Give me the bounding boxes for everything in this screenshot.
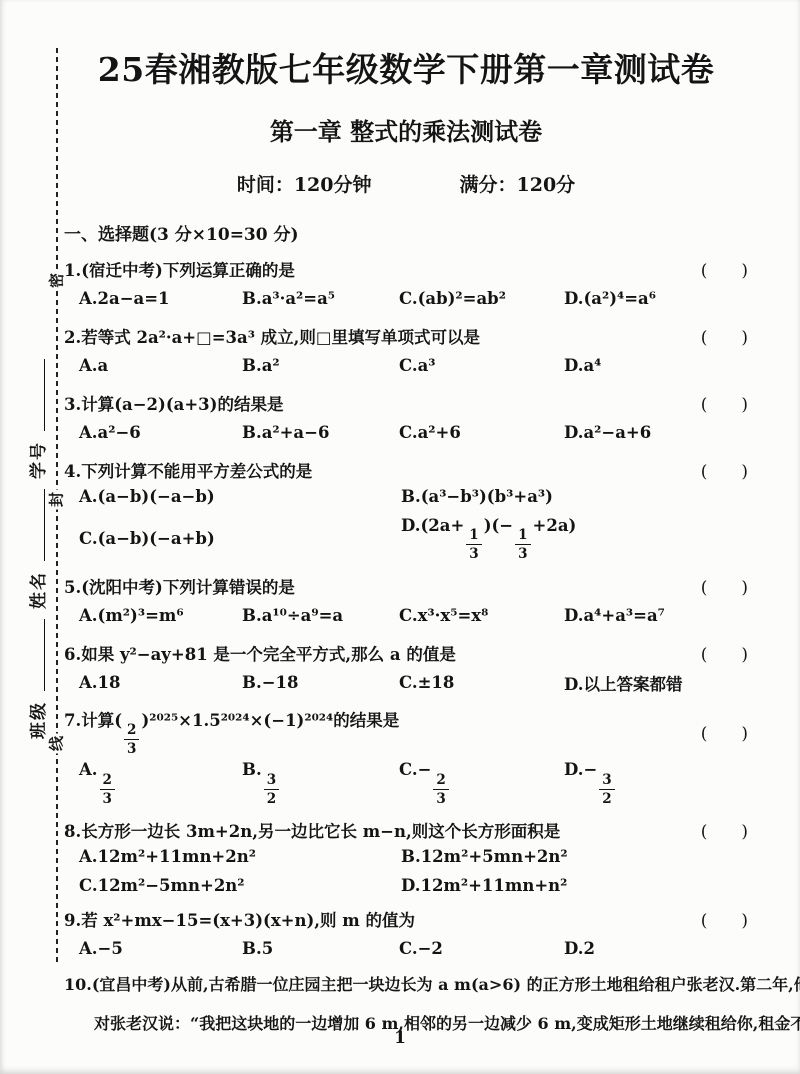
answer-brackets: ( ) [701, 256, 748, 281]
option-d: D.(2a+13)(−13+2a) [401, 516, 748, 562]
option-b: B.(a³−b³)(b³+a³) [401, 487, 748, 506]
option-d: D.a⁴+a³=a⁷ [564, 606, 748, 625]
class-blank-line [28, 619, 45, 691]
option-a: A.a [79, 356, 242, 375]
option-d: D.12m²+11mn+n² [401, 876, 748, 895]
option-a: A.a²−6 [79, 423, 242, 442]
question-stem: 8.长方形一边长 3m+2n,另一边比它长 m−n,则这个长方形面积是 [64, 818, 570, 842]
answer-brackets: ( ) [701, 719, 748, 744]
answer-brackets: ( ) [701, 906, 748, 931]
options-grid: A.12m²+11mn+2n² B.12m²+5mn+2n² C.12m²−5m… [64, 847, 748, 895]
page-subtitle: 第一章 整式的乘法测试卷 [64, 112, 748, 147]
option-d: D.a²−a+6 [564, 423, 748, 442]
question-7: 7.计算(23)²⁰²⁵×1.5²⁰²⁴×(−1)²⁰²⁴的结果是 ( ) A.… [64, 707, 748, 806]
option-b: B.−18 [242, 673, 399, 692]
question-8: 8.长方形一边长 3m+2n,另一边比它长 m−n,则这个长方形面积是 ( ) … [64, 817, 748, 895]
question-stem: 6.如果 y²−ay+81 是一个完全平方式,那么 a 的值是 [64, 641, 466, 665]
option-c: C.a²+6 [399, 423, 564, 442]
answer-brackets: ( ) [701, 390, 748, 415]
option-b: B.a¹⁰÷a⁹=a [242, 606, 399, 625]
question-stem: 4.下列计算不能用平方差公式的是 [64, 458, 322, 482]
student-id-field-label: 学号 [24, 441, 49, 479]
options-row: A.18 B.−18 C.±18 D.以上答案都错 [64, 670, 748, 696]
answer-brackets: ( ) [701, 640, 748, 665]
option-b: B.a² [242, 356, 399, 375]
page-title: 25春湘教版七年级数学下册第一章测试卷 [64, 52, 748, 89]
options-row: A.(m²)³=m⁶ B.a¹⁰÷a⁹=a C.x³·x⁵=x⁸ D.a⁴+a³… [64, 603, 748, 629]
option-d: D.−32 [564, 760, 748, 806]
question-4: 4.下列计算不能用平方差公式的是 ( ) A.(a−b)(−a−b) B.(a³… [64, 457, 748, 562]
option-c: C.a³ [399, 356, 564, 375]
options-row: A.a B.a² C.a³ D.a⁴ [64, 353, 748, 379]
paper-content: 25春湘教版七年级数学下册第一章测试卷 第一章 整式的乘法测试卷 时间：120分… [64, 0, 748, 1036]
option-c: C.x³·x⁵=x⁸ [399, 606, 564, 625]
option-b: B.a²+a−6 [242, 423, 399, 442]
question-1: 1.(宿迁中考)下列运算正确的是 ( ) A.2a−a=1 B.a³·a²=a⁵… [64, 256, 748, 312]
option-a: A.(m²)³=m⁶ [79, 606, 242, 625]
student-info-fields: 班级 姓名 学号 [12, 305, 60, 739]
question-6: 6.如果 y²−ay+81 是一个完全平方式,那么 a 的值是 ( ) A.18… [64, 640, 748, 696]
question-stem: 2.若等式 2a²·a+□=3a³ 成立,则□里填写单项式可以是 [64, 324, 490, 348]
option-d: D.以上答案都错 [564, 671, 748, 695]
question-stem: 1.(宿迁中考)下列运算正确的是 [64, 257, 305, 281]
exam-meta: 时间：120分钟 满分：120分 [64, 170, 748, 197]
question-stem: 3.计算(a−2)(a+3)的结果是 [64, 391, 293, 415]
question-stem: 7.计算(23)²⁰²⁵×1.5²⁰²⁴×(−1)²⁰²⁴的结果是 [64, 707, 409, 757]
option-d: D.2 [564, 939, 748, 958]
question-10: 10.(宜昌中考)从前,古希腊一位庄园主把一块边长为 a m(a>6) 的正方形… [64, 973, 748, 1036]
option-a: A.(a−b)(−a−b) [79, 487, 401, 506]
option-d: D.a⁴ [564, 356, 748, 375]
option-a: A.23 [79, 760, 242, 806]
question-2: 2.若等式 2a²·a+□=3a³ 成立,则□里填写单项式可以是 ( ) A.a… [64, 323, 748, 379]
option-c: C.−2 [399, 939, 564, 958]
section-heading: 一、选择题(3 分×10=30 分) [64, 220, 748, 245]
name-field-label: 姓名 [24, 571, 49, 609]
option-b: B.a³·a²=a⁵ [242, 289, 399, 308]
options-row: A.2a−a=1 B.a³·a²=a⁵ C.(ab)²=ab² D.(a²)⁴=… [64, 286, 748, 312]
option-a: A.−5 [79, 939, 242, 958]
question-stem-line-1: 10.(宜昌中考)从前,古希腊一位庄园主把一块边长为 a m(a>6) 的正方形… [64, 973, 748, 997]
exam-paper-page: 密 封 线 班级 姓名 学号 25春湘教版七年级数学下册第一章测试卷 第一章 整… [0, 0, 800, 1074]
question-stem: 5.(沈阳中考)下列计算错误的是 [64, 574, 305, 598]
option-c: C.12m²−5mn+2n² [79, 876, 401, 895]
option-b: B.32 [242, 760, 399, 806]
options-row: A.a²−6 B.a²+a−6 C.a²+6 D.a²−a+6 [64, 420, 748, 446]
name-blank-line [28, 489, 45, 561]
question-3: 3.计算(a−2)(a+3)的结果是 ( ) A.a²−6 B.a²+a−6 C… [64, 390, 748, 446]
question-stem: 9.若 x²+mx−15=(x+3)(x+n),则 m 的值为 [64, 907, 425, 931]
options-grid: A.(a−b)(−a−b) B.(a³−b³)(b³+a³) C.(a−b)(−… [64, 487, 748, 562]
page-number: 1 [0, 1028, 800, 1048]
answer-brackets: ( ) [701, 573, 748, 598]
student-id-blank-line [28, 359, 45, 431]
question-9: 9.若 x²+mx−15=(x+3)(x+n),则 m 的值为 ( ) A.−5… [64, 906, 748, 962]
answer-brackets: ( ) [701, 817, 748, 842]
option-c: C.(a−b)(−a+b) [79, 529, 401, 548]
option-a: A.12m²+11mn+2n² [79, 847, 401, 866]
options-row: A.−5 B.5 C.−2 D.2 [64, 936, 748, 962]
option-b: B.5 [242, 939, 399, 958]
option-c: C.−23 [399, 760, 564, 806]
time-label: 时间：120分钟 [237, 170, 372, 197]
option-c: C.(ab)²=ab² [399, 289, 564, 308]
options-row: A.23 B.32 C.−23 D.−32 [64, 760, 748, 806]
option-d: D.(a²)⁴=a⁶ [564, 289, 748, 308]
class-field-label: 班级 [24, 701, 49, 739]
full-score-label: 满分：120分 [460, 170, 576, 197]
question-5: 5.(沈阳中考)下列计算错误的是 ( ) A.(m²)³=m⁶ B.a¹⁰÷a⁹… [64, 573, 748, 629]
option-a: A.18 [79, 673, 242, 692]
answer-brackets: ( ) [701, 457, 748, 482]
option-c: C.±18 [399, 673, 564, 692]
option-b: B.12m²+5mn+2n² [401, 847, 748, 866]
answer-brackets: ( ) [701, 323, 748, 348]
option-a: A.2a−a=1 [79, 289, 242, 308]
